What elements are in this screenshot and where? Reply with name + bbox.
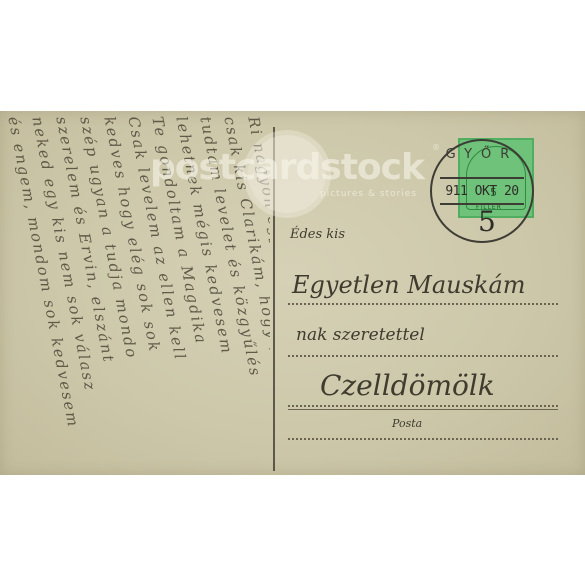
watermark-tagline: pictures & stories [320,189,417,199]
postmark-city: GYŐR [432,147,532,162]
address-line-1: Egyetlen Mauskám [292,271,526,299]
watermark-brand: postcardstock [150,147,424,188]
address-rule-3a [288,405,558,407]
postmark-bar-top [440,177,524,179]
address-rule-1 [288,303,558,305]
address-greeting: Édes kis [290,227,345,242]
address-line-2: nak szeretettel [296,325,425,345]
watermark: postcardstock ® pictures & stories [150,143,450,213]
address-rule-2 [288,355,558,357]
postmark-numeral: 5 [478,205,496,238]
address-line-3: Czelldömölk [320,369,495,402]
postcard-back: Ri nagyon egy nagyon nagyoncsak kis Clar… [0,111,585,475]
postmark-cancellation: GYŐR 911 OKT 20 5 [430,139,534,243]
address-rule-3b [288,409,558,410]
postmark-date: 911 OKT 20 [432,184,532,199]
address-post-label: Posta [392,417,422,430]
address-rule-4 [288,438,558,440]
